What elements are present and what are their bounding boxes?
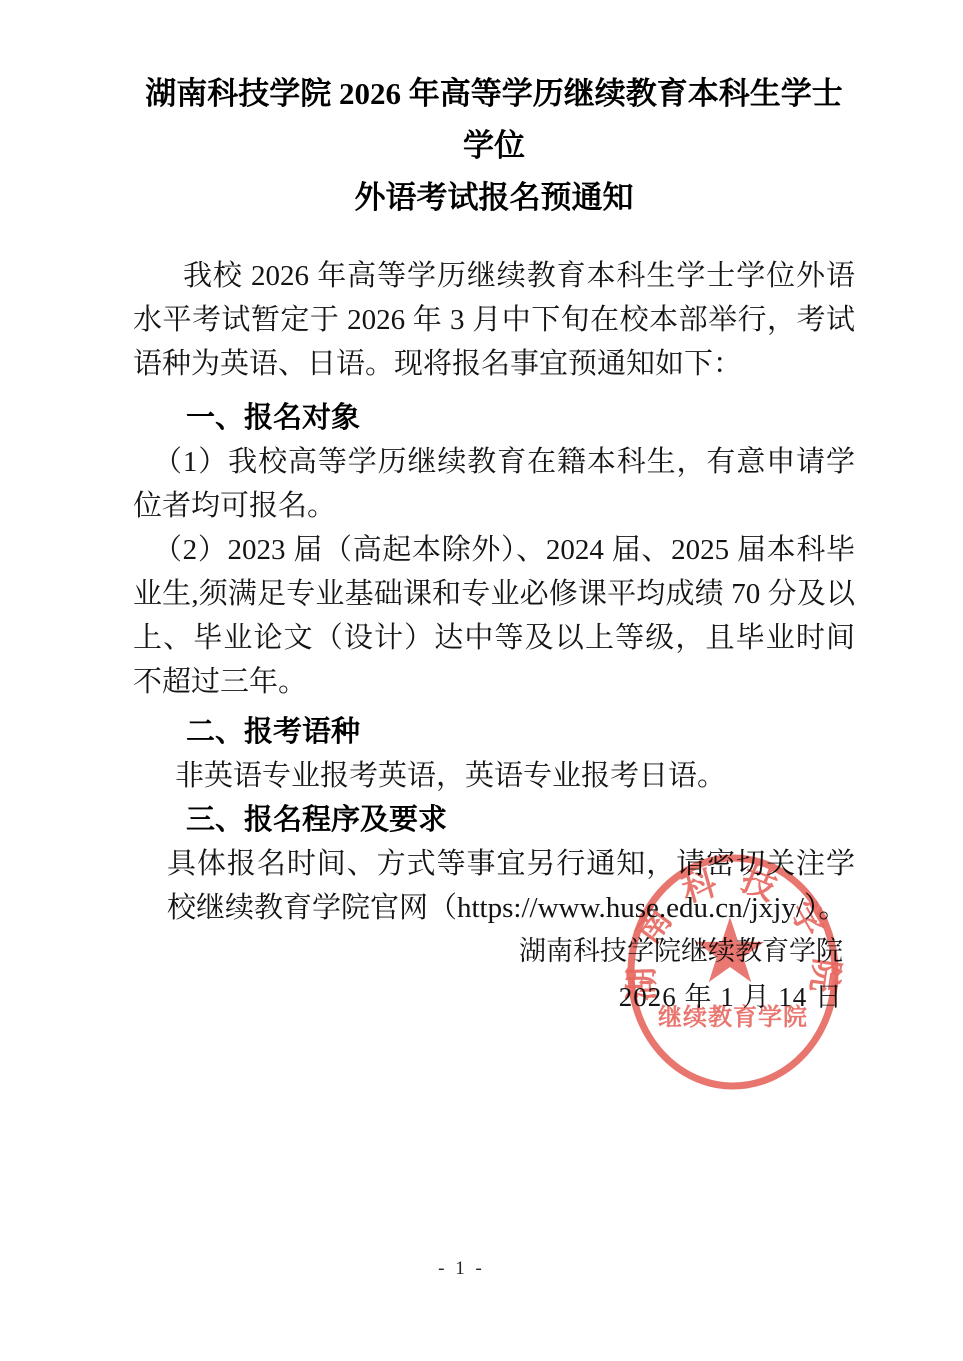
signature-organization: 湖南科技学院继续教育学院	[519, 928, 843, 974]
section-1-paragraph-2: （2）2023 届（高起本除外）、2024 届、2025 届本科毕业生,须满足专…	[133, 528, 855, 704]
section-heading-2: 二、报考语种	[133, 710, 855, 754]
document-title: 湖南科技学院 2026 年高等学历继续教育本科生学士学位 外语考试报名预通知	[133, 68, 855, 224]
section-heading-3: 三、报名程序及要求	[133, 798, 855, 842]
document-page: 湖南科技学院 2026 年高等学历继续教育本科生学士学位 外语考试报名预通知 我…	[0, 0, 963, 1361]
document-title-line-1: 湖南科技学院 2026 年高等学历继续教育本科生学士学位	[133, 68, 855, 172]
document-content: 湖南科技学院 2026 年高等学历继续教育本科生学士学位 外语考试报名预通知 我…	[133, 68, 855, 930]
signature-date: 2026 年 1 月 14 日	[519, 974, 843, 1020]
section-2-paragraph-1: 非英语专业报考英语，英语专业报考日语。	[133, 754, 855, 798]
signature-block: 湖南科技学院继续教育学院 2026 年 1 月 14 日	[519, 928, 843, 1020]
page-number: - 1 -	[0, 1258, 923, 1280]
section-1-paragraph-1: （1）我校高等学历继续教育在籍本科生，有意申请学位者均可报名。	[133, 440, 855, 528]
intro-paragraph: 我校 2026 年高等学历继续教育本科生学士学位外语水平考试暂定于 2026 年…	[133, 254, 855, 386]
document-title-line-2: 外语考试报名预通知	[133, 172, 855, 224]
section-heading-1: 一、报名对象	[133, 396, 855, 440]
